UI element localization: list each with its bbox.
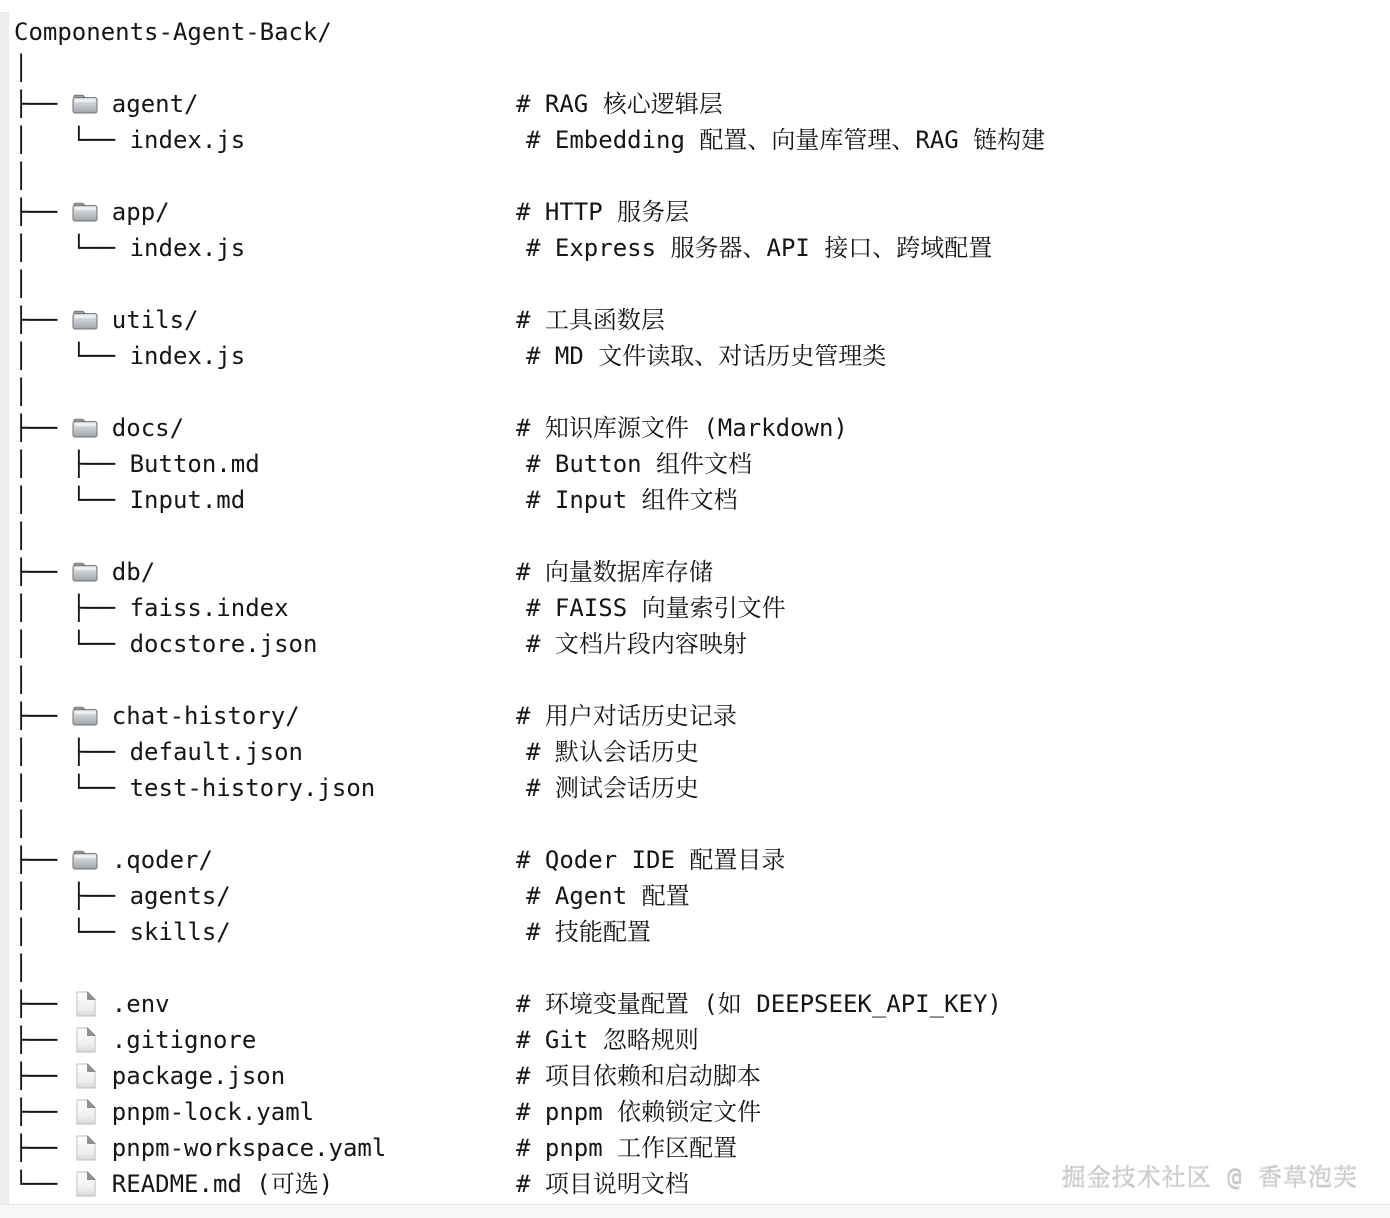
- entry-comment: # pnpm 工作区配置: [516, 1130, 737, 1166]
- tree-branch-lines: │ └──: [14, 338, 130, 374]
- tree-row: │ └── index.js # MD 文件读取、对话历史管理类: [14, 338, 1374, 374]
- tree-row: │ └── test-history.json # 测试会话历史: [14, 770, 1374, 806]
- tree-row: ├── chat-history/ # 用户对话历史记录: [14, 698, 1374, 734]
- tree-branch-lines: │ └──: [14, 770, 130, 806]
- entry-comment: # 用户对话历史记录: [516, 698, 737, 734]
- tree-row: ├── pnpm-lock.yaml # pnpm 依赖锁定文件: [14, 1094, 1374, 1130]
- file-icon: [72, 986, 112, 1022]
- folder-icon: [72, 194, 112, 230]
- tree-branch-lines: │: [14, 266, 28, 302]
- tree-branch-lines: │: [14, 806, 28, 842]
- folder-icon: [72, 86, 112, 122]
- tree-row: ├── .qoder/ # Qoder IDE 配置目录: [14, 842, 1374, 878]
- entry-comment: # 技能配置: [526, 914, 651, 950]
- entry-name: docstore.json: [130, 626, 318, 662]
- entry-comment: # 知识库源文件 (Markdown): [516, 410, 848, 446]
- tree-branch-lines: │: [14, 518, 28, 554]
- entry-name: db/: [112, 554, 155, 590]
- directory-tree: Components-Agent-Back/ │ ├──: [14, 14, 1374, 1202]
- folder-icon: [72, 698, 112, 734]
- entry-comment: # 环境变量配置 (如 DEEPSEEK_API_KEY): [516, 986, 1002, 1022]
- tree-row: │ └── Input.md # Input 组件文档: [14, 482, 1374, 518]
- entry-name: agent/: [112, 86, 199, 122]
- tree-branch-lines: │ ├──: [14, 446, 130, 482]
- entry-name: package.json: [112, 1058, 285, 1094]
- entry-name: test-history.json: [130, 770, 376, 806]
- entry-name: .env: [112, 986, 170, 1022]
- entry-name: .qoder/: [112, 842, 213, 878]
- entry-comment: # 测试会话历史: [526, 770, 699, 806]
- entry-name: chat-history/: [112, 698, 300, 734]
- tree-branch-lines: ├──: [14, 1058, 72, 1094]
- entry-name: index.js: [130, 230, 246, 266]
- tree-row: ├── .env # 环境变量配置 (如 DEEPSEEK_API_KEY): [14, 986, 1374, 1022]
- screenshot-root: { "colors": { "text": "#161616", "page_b…: [0, 0, 1390, 1218]
- tree-branch-lines: │ └──: [14, 626, 130, 662]
- tree-pipe-row: │: [14, 518, 1374, 554]
- tree-row: │ ├── faiss.index # FAISS 向量索引文件: [14, 590, 1374, 626]
- tree-branch-lines: │: [14, 374, 28, 410]
- tree-branch-lines: ├──: [14, 986, 72, 1022]
- tree-row: ├── app/ # HTTP 服务层: [14, 194, 1374, 230]
- tree-row: │ └── index.js # Embedding 配置、向量库管理、RAG …: [14, 122, 1374, 158]
- tree-row: │ └── index.js # Express 服务器、API 接口、跨域配置: [14, 230, 1374, 266]
- tree-branch-lines: ├──: [14, 1094, 72, 1130]
- page-left-gutter: [0, 12, 9, 1218]
- entry-comment: # 向量数据库存储: [516, 554, 713, 590]
- folder-icon: [72, 410, 112, 446]
- file-icon: [72, 1130, 112, 1166]
- tree-row: ├── .gitignore # Git 忽略规则: [14, 1022, 1374, 1058]
- entry-name: Input.md: [130, 482, 246, 518]
- tree-branch-lines: ├──: [14, 86, 72, 122]
- tree-branch-lines: │ └──: [14, 482, 130, 518]
- tree-row: ├── docs/ # 知识库源文件 (Markdown): [14, 410, 1374, 446]
- tree-branch-lines: ├──: [14, 1130, 72, 1166]
- entry-comment: # Qoder IDE 配置目录: [516, 842, 785, 878]
- entry-comment: # 工具函数层: [516, 302, 665, 338]
- entry-comment: # FAISS 向量索引文件: [526, 590, 786, 626]
- entry-name: Components-Agent-Back/: [14, 14, 332, 50]
- tree-branch-lines: ├──: [14, 842, 72, 878]
- entry-name: index.js: [130, 338, 246, 374]
- tree-branch-lines: ├──: [14, 554, 72, 590]
- tree-branch-lines: │: [14, 158, 28, 194]
- tree-branch-lines: ├──: [14, 194, 72, 230]
- entry-comment: # Express 服务器、API 接口、跨域配置: [526, 230, 992, 266]
- tree-branch-lines: │ ├──: [14, 878, 130, 914]
- folder-icon: [72, 842, 112, 878]
- entry-comment: # HTTP 服务层: [516, 194, 689, 230]
- tree-branch-lines: │: [14, 950, 28, 986]
- tree-row: ├── agent/ # RAG 核心逻辑层: [14, 86, 1374, 122]
- file-icon: [72, 1022, 112, 1058]
- tree-pipe-row: │: [14, 158, 1374, 194]
- entry-comment: # RAG 核心逻辑层: [516, 86, 723, 122]
- tree-branch-lines: ├──: [14, 698, 72, 734]
- page-bottom-gutter: [0, 1204, 1390, 1218]
- entry-comment: # Embedding 配置、向量库管理、RAG 链构建: [526, 122, 1045, 158]
- entry-comment: # MD 文件读取、对话历史管理类: [526, 338, 886, 374]
- tree-branch-lines: └──: [14, 1166, 72, 1202]
- tree-row: ├── package.json # 项目依赖和启动脚本: [14, 1058, 1374, 1094]
- entry-comment: # pnpm 依赖锁定文件: [516, 1094, 761, 1130]
- entry-name: pnpm-lock.yaml: [112, 1094, 314, 1130]
- entry-name: skills/: [130, 914, 231, 950]
- entry-name: pnpm-workspace.yaml: [112, 1130, 387, 1166]
- entry-name: app/: [112, 194, 170, 230]
- tree-row: │ ├── Button.md # Button 组件文档: [14, 446, 1374, 482]
- entry-comment: # Git 忽略规则: [516, 1022, 699, 1058]
- file-icon: [72, 1094, 112, 1130]
- tree-pipe-row: │: [14, 662, 1374, 698]
- tree-branch-lines: │ ├──: [14, 734, 130, 770]
- folder-icon: [72, 554, 112, 590]
- tree-pipe-row: │: [14, 806, 1374, 842]
- tree-row: ├── db/ # 向量数据库存储: [14, 554, 1374, 590]
- tree-branch-lines: │ └──: [14, 914, 130, 950]
- entry-name: README.md (可选): [112, 1166, 333, 1202]
- tree-row: ├── utils/ # 工具函数层: [14, 302, 1374, 338]
- tree-branch-lines: │: [14, 50, 28, 86]
- tree-pipe-row: │: [14, 266, 1374, 302]
- tree-branch-lines: ├──: [14, 302, 72, 338]
- entry-name: index.js: [130, 122, 246, 158]
- entry-name: Button.md: [130, 446, 260, 482]
- entry-comment: # 文档片段内容映射: [526, 626, 747, 662]
- entry-comment: # 项目说明文档: [516, 1166, 689, 1202]
- entry-name: faiss.index: [130, 590, 289, 626]
- tree-branch-lines: ├──: [14, 410, 72, 446]
- entry-comment: # Agent 配置: [526, 878, 690, 914]
- tree-row: │ ├── agents/ # Agent 配置: [14, 878, 1374, 914]
- entry-comment: # Button 组件文档: [526, 446, 752, 482]
- tree-branch-lines: │ └──: [14, 122, 130, 158]
- watermark: 掘金技术社区 @ 香草泡芙: [1062, 1158, 1358, 1193]
- tree-row: │ └── docstore.json # 文档片段内容映射: [14, 626, 1374, 662]
- tree-root-row: Components-Agent-Back/: [14, 14, 1374, 50]
- tree-branch-lines: │: [14, 662, 28, 698]
- tree-row: │ ├── default.json # 默认会话历史: [14, 734, 1374, 770]
- entry-comment: # Input 组件文档: [526, 482, 738, 518]
- entry-name: .gitignore: [112, 1022, 257, 1058]
- entry-comment: # 默认会话历史: [526, 734, 699, 770]
- tree-row: │ └── skills/ # 技能配置: [14, 914, 1374, 950]
- file-icon: [72, 1166, 112, 1202]
- entry-name: default.json: [130, 734, 303, 770]
- entry-comment: # 项目依赖和启动脚本: [516, 1058, 761, 1094]
- entry-name: agents/: [130, 878, 231, 914]
- tree-branch-lines: │ └──: [14, 230, 130, 266]
- entry-name: docs/: [112, 410, 184, 446]
- tree-branch-lines: ├──: [14, 1022, 72, 1058]
- entry-name: utils/: [112, 302, 199, 338]
- tree-pipe-row: │: [14, 374, 1374, 410]
- tree-branch-lines: │ ├──: [14, 590, 130, 626]
- file-icon: [72, 1058, 112, 1094]
- tree-pipe-row: │: [14, 50, 1374, 86]
- tree-pipe-row: │: [14, 950, 1374, 986]
- folder-icon: [72, 302, 112, 338]
